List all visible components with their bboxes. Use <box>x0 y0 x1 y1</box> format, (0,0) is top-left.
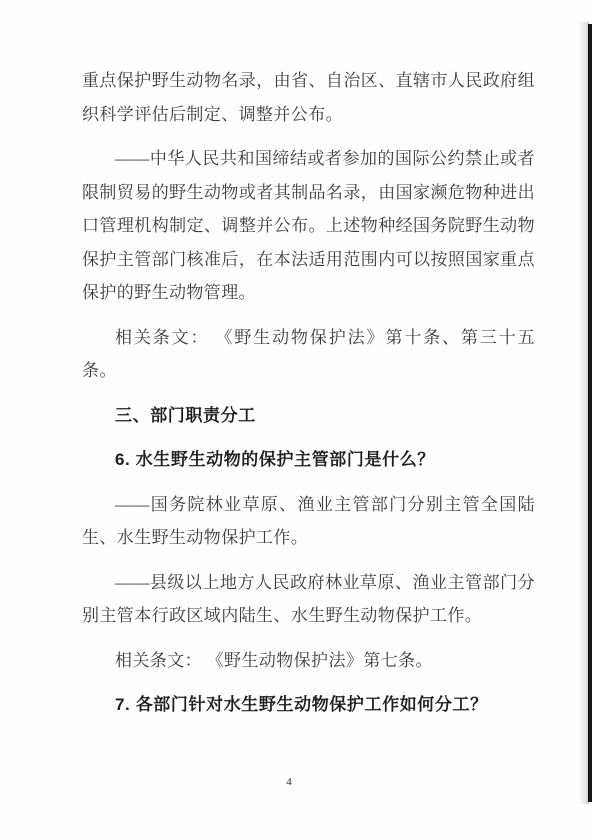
paragraph: ——国务院林业草原、渔业主管部门分别主管全国陆生、水生野生动物保护工作。 <box>82 488 535 555</box>
paragraph: ——县级以上地方人民政府林业草原、渔业主管部门分别主管本行政区域内陆生、水生野生… <box>82 566 535 633</box>
text-block: 重点保护野生动物名录，由省、自治区、直辖市人民政府组织科学评估后制定、调整并公布… <box>82 64 535 733</box>
paragraph: ——中华人民共和国缔结或者参加的国际公约禁止或者限制贸易的野生动物或者其制品名录… <box>82 142 535 310</box>
reference: 相关条文： 《野生动物保护法》第七条。 <box>82 644 535 678</box>
paragraph: 重点保护野生动物名录，由省、自治区、直辖市人民政府组织科学评估后制定、调整并公布… <box>82 64 535 131</box>
section-heading: 三、部门职责分工 <box>82 399 535 433</box>
question-heading: 7. 各部门针对水生野生动物保护工作如何分工？ <box>82 688 535 722</box>
document-page: 重点保护野生动物名录，由省、自治区、直辖市人民政府组织科学评估后制定、调整并公布… <box>0 0 592 837</box>
reference: 相关条文： 《野生动物保护法》第十条、第三十五条。 <box>82 321 535 388</box>
scan-edge-bar <box>588 24 592 802</box>
question-heading: 6. 水生野生动物的保护主管部门是什么？ <box>82 443 535 477</box>
page-number: 4 <box>0 776 578 788</box>
